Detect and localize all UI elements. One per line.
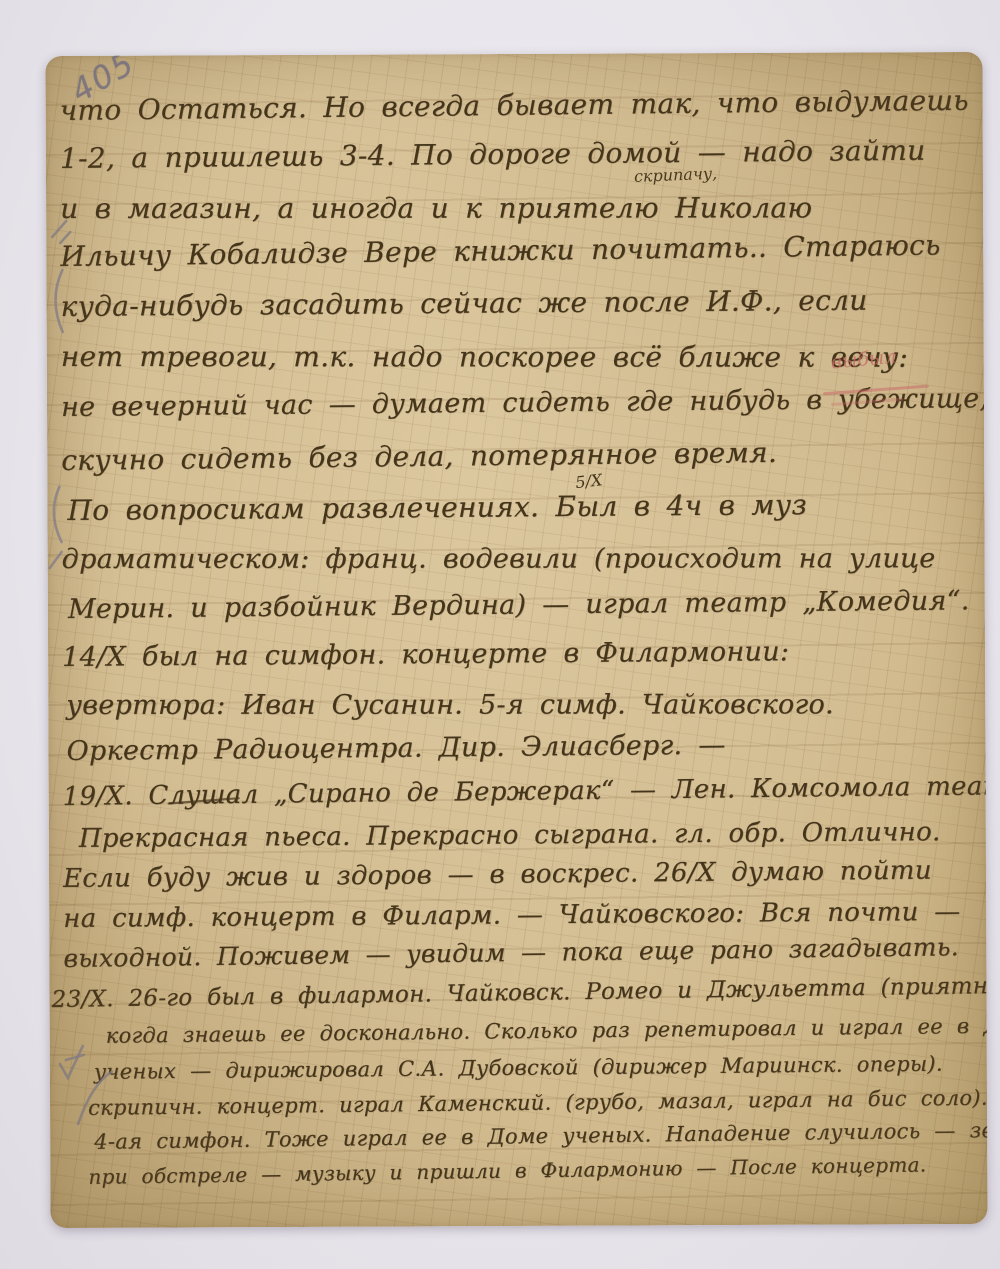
- handwritten-line: нет тревоги, т.к. надо поскорее всё ближ…: [61, 340, 908, 374]
- handwritten-line: Ильичу Кобалидзе Вере книжки почитать.. …: [60, 228, 941, 273]
- interlinear-annotation: скрипачу,: [634, 164, 718, 186]
- manuscript-page: что Остаться. Но всегда бывает так, что …: [45, 52, 987, 1228]
- handwritten-line: Оркестр Радиоцентра. Дир. Элиасберг. —: [66, 730, 725, 767]
- handwritten-line: куда-нибудь засадить сейчас же после И.Ф…: [60, 284, 867, 323]
- handwritten-line: По вопросикам развлечениях. Был в 4ч в м…: [67, 488, 807, 527]
- handwritten-line: Прекрасная пьеса. Прекрасно сыграна. гл.…: [79, 817, 941, 854]
- lines-layer: что Остаться. Но всегда бывает так, что …: [45, 52, 987, 1228]
- handwritten-line: когда знаешь ее досконально. Сколько раз…: [106, 1013, 988, 1048]
- handwritten-line: Если буду жив и здоров — в воскрес. 26/X…: [63, 856, 932, 894]
- handwritten-line: выходной. Поживем — увидим — пока еще ра…: [63, 932, 959, 973]
- handwritten-line: и в магазин, а иногда и к приятелю Никол…: [60, 191, 812, 225]
- handwritten-line: скрипичн. концерт. играл Каменский. (гру…: [88, 1086, 988, 1120]
- superscript-date-annotation: 5/X: [574, 470, 603, 492]
- handwritten-line: скучно сидеть без дела, потерянное время…: [61, 436, 777, 477]
- handwritten-line: 1-2, а пришлешь 3-4. По дороге домой — н…: [60, 134, 926, 175]
- handwritten-line: при обстреле — музыку и пришли в Филармо…: [88, 1152, 926, 1188]
- handwritten-line: 14/X был на симфон. концерте в Филармони…: [62, 636, 789, 673]
- handwritten-line: драматическом: франц. водевили (происход…: [62, 543, 936, 575]
- handwritten-line: 4-ая симфон. Тоже играл ее в Доме ученых…: [94, 1117, 988, 1153]
- handwritten-line: что Остаться. Но всегда бывает так, что …: [59, 84, 968, 127]
- handwritten-line: ученых — дирижировал С.А. Дубовской (дир…: [94, 1052, 943, 1084]
- handwritten-line: увертюра: Иван Сусанин. 5-я симф. Чайков…: [66, 689, 834, 721]
- scanned-document: что Остаться. Но всегда бывает так, что …: [0, 0, 1000, 1269]
- handwritten-line: Мерин. и разбойник Вердина) — играл теат…: [68, 585, 970, 625]
- handwritten-line: 19/X. Слушал „Сирано де Бержерак“ — Лен.…: [63, 771, 988, 812]
- handwritten-line: на симф. концерт в Филарм. — Чайковского…: [63, 897, 961, 934]
- handwritten-line: 23/X. 26-го был в филармон. Чайковск. Ро…: [51, 971, 987, 1013]
